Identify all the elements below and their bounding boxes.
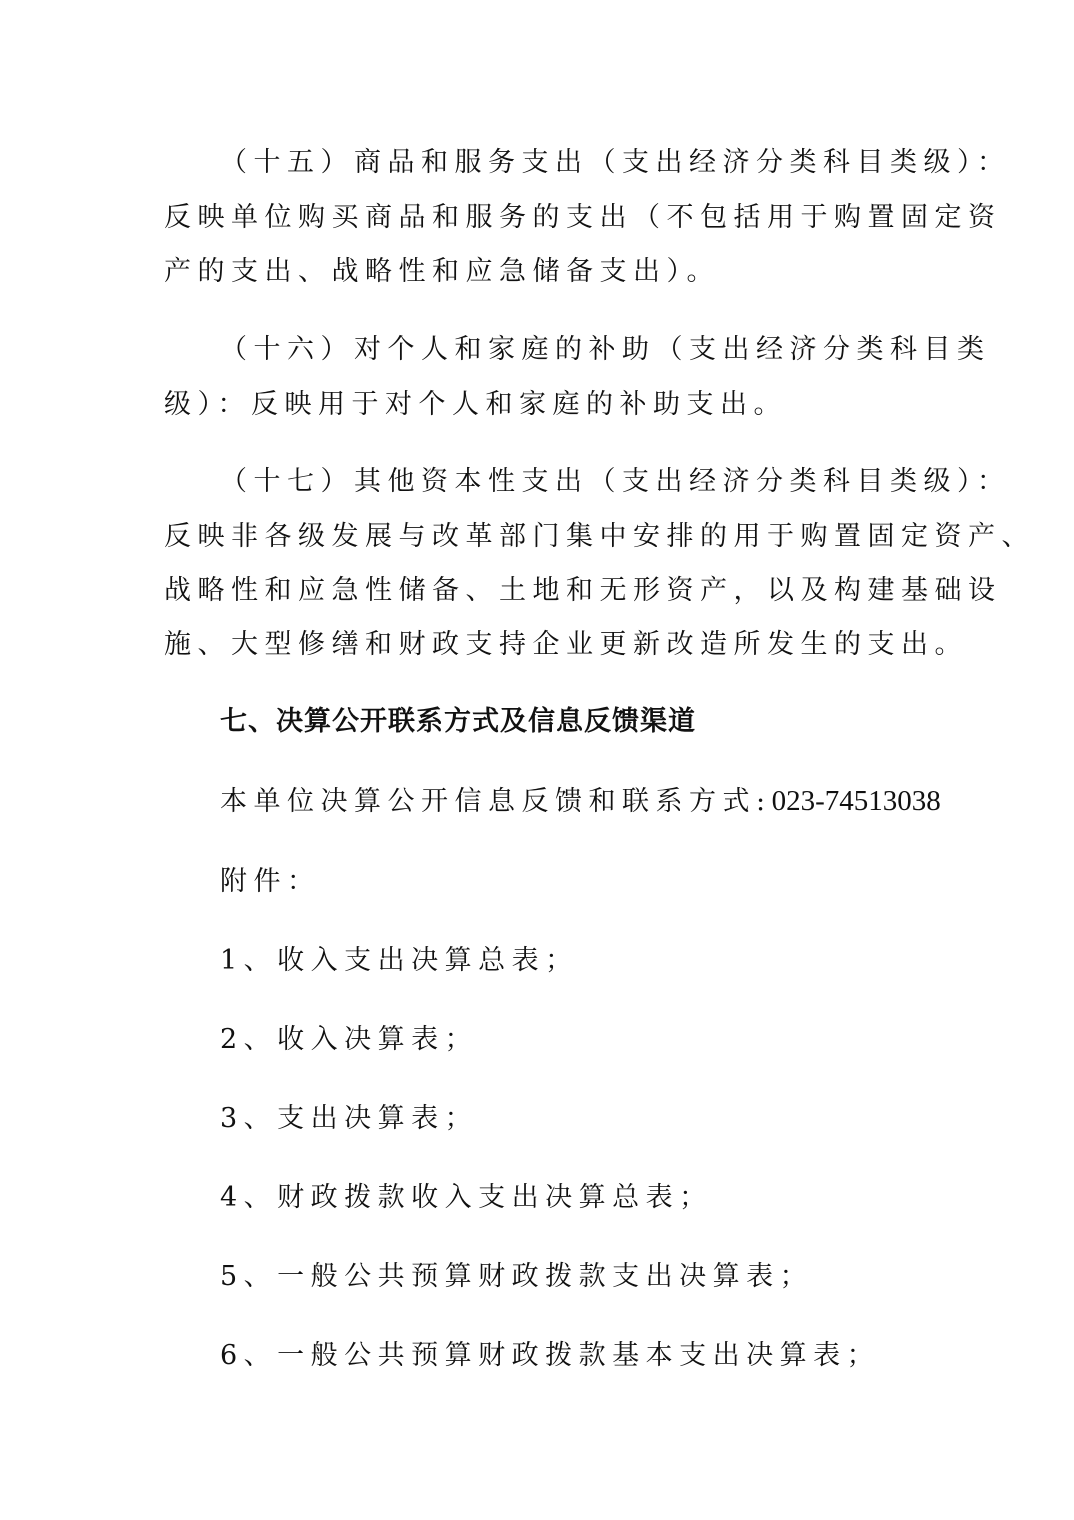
section-heading: 七、决算公开联系方式及信息反馈渠道 xyxy=(220,702,696,742)
contact-phone: 023-74513038 xyxy=(772,785,941,817)
attachments-label: 附件： xyxy=(220,862,321,902)
attachment-item-2: 2、收入决算表； xyxy=(220,1020,478,1060)
paragraph-15-line-2: 反映单位购买商品和服务的支出（不包括用于购置固定资 xyxy=(164,198,1002,238)
paragraph-16-line-2: 级）：反映用于对个人和家庭的补助支出。 xyxy=(164,385,787,425)
attachment-item-6: 6、一般公共预算财政拨款基本支出决算表； xyxy=(220,1336,880,1376)
attachment-item-3: 3、支出决算表； xyxy=(220,1099,478,1139)
paragraph-17-line-4: 施、大型修缮和财政支持企业更新改造所发生的支出。 xyxy=(164,625,968,665)
paragraph-17-line-2: 反映非各级发展与改革部门集中安排的用于购置固定资产、 xyxy=(164,517,1035,557)
attachment-item-4: 4、财政拨款收入支出决算总表； xyxy=(220,1178,713,1218)
paragraph-15-line-3: 产的支出、战略性和应急储备支出）。 xyxy=(164,252,720,292)
paragraph-16-line-1: （十六）对个人和家庭的补助（支出经济分类科目类 xyxy=(220,330,991,370)
paragraph-15-line-1: （十五）商品和服务支出（支出经济分类科目类级）： xyxy=(220,143,1011,183)
contact-label: 本单位决算公开信息反馈和联系方式: xyxy=(220,786,772,817)
paragraph-17-line-1: （十七）其他资本性支出（支出经济分类科目类级）： xyxy=(220,462,1011,502)
attachment-item-1: 1、收入支出决算总表； xyxy=(220,941,579,981)
paragraph-17-line-3: 战略性和应急性储备、土地和无形资产，以及构建基础设 xyxy=(164,571,1002,611)
attachment-item-5: 5、一般公共预算财政拨款支出决算表； xyxy=(220,1257,813,1297)
contact-line: 本单位决算公开信息反馈和联系方式:023-74513038 xyxy=(220,781,941,822)
